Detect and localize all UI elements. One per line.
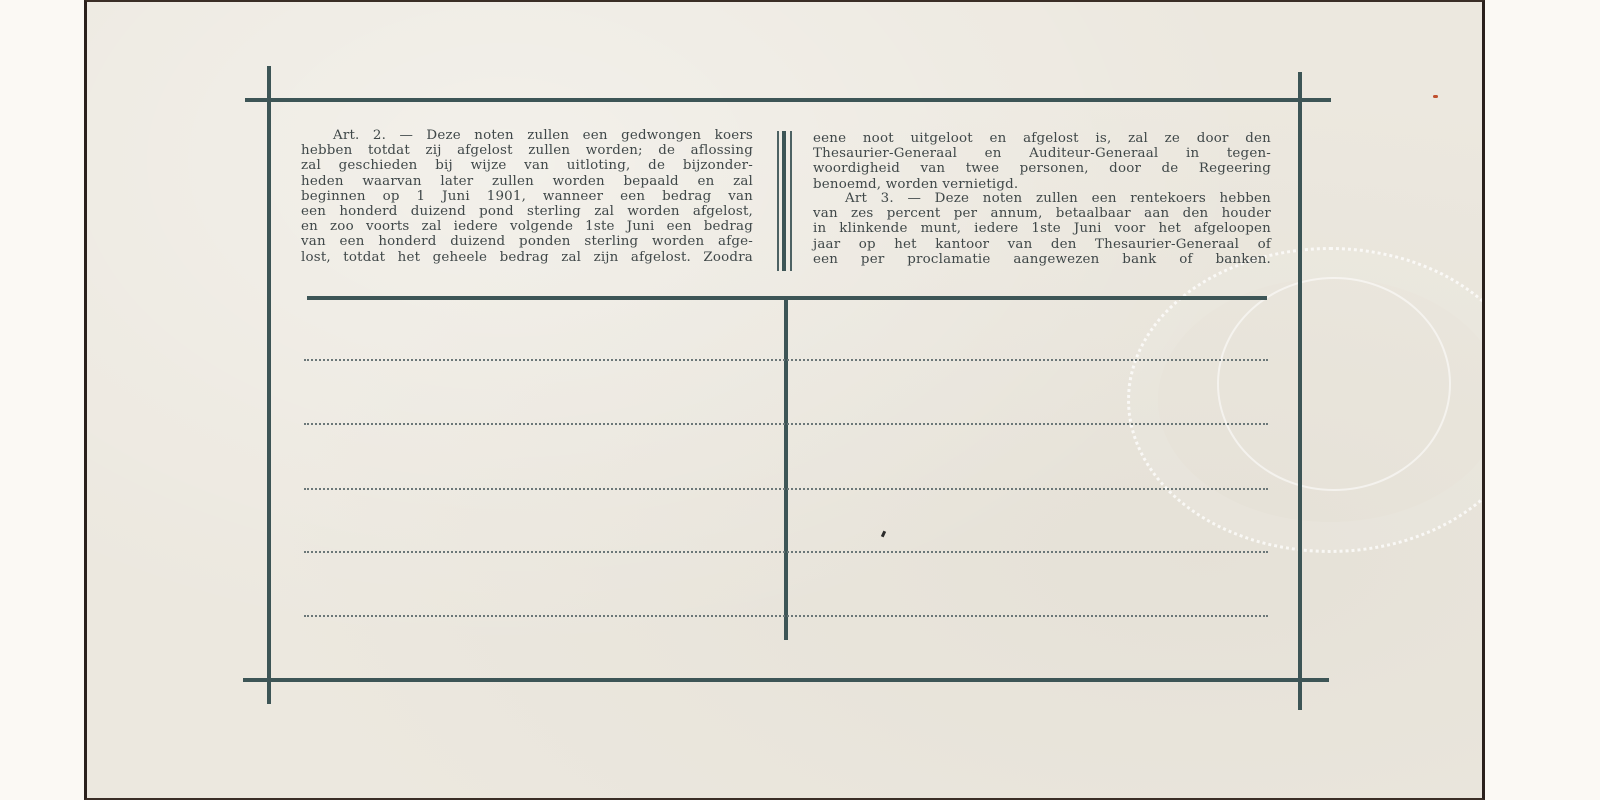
article-2-cont-line: Thesaurier-Generaal en Auditeur-Generaal…: [813, 146, 1271, 161]
article-3-line: een per proclamatie aangewezen bank of b…: [813, 252, 1271, 267]
article-2-line: een honderd duizend pond sterling zal wo…: [301, 204, 753, 219]
endorsement-line-1: [304, 359, 1268, 361]
column-divider-left-thin: [777, 131, 779, 271]
endorsement-line-4: [304, 551, 1268, 553]
article-2-line: lost, totdat het geheele bedrag zal zijn…: [301, 250, 753, 265]
article-2-line: heden waarvan later zullen worden bepaal…: [301, 174, 753, 189]
endorsement-line-5: [304, 615, 1268, 617]
article-3-line: jaar op het kantoor van den Thesaurier-G…: [813, 237, 1271, 252]
article-2-line: van een honderd duizend ponden sterling …: [301, 234, 753, 249]
frame-top-line: [245, 98, 1331, 102]
article-3-line: in klinkende munt, iedere 1ste Juni voor…: [813, 221, 1271, 236]
frame-bottom-line: [243, 678, 1329, 682]
article-2-text: Art. 2. — Deze noten zullen een gedwonge…: [301, 128, 753, 265]
endorsement-center-divider: [784, 300, 788, 640]
column-divider-center-thick: [782, 131, 786, 271]
endorsement-line-2: [304, 423, 1268, 425]
frame-right-line: [1298, 72, 1302, 710]
frame-left-line: [267, 66, 271, 704]
article-2-cont-line: woordigheid van twee personen, door de R…: [813, 161, 1271, 176]
article-2-line: en zoo voorts zal iedere volgende 1ste J…: [301, 219, 753, 234]
article-2-line: beginnen op 1 Juni 1901, wanneer een bed…: [301, 189, 753, 204]
article-3-line: van zes percent per annum, betaalbaar aa…: [813, 206, 1271, 221]
article-3-line: Art 3. — Deze noten zullen een rentekoer…: [813, 191, 1271, 206]
embossed-seal-inner: [1217, 277, 1451, 491]
article-2-line: hebben totdat zij afgelost zullen worden…: [301, 143, 753, 158]
endorsement-line-3: [304, 488, 1268, 490]
article-2-continued-text: eene noot uitgeloot en afgelost is, zal …: [813, 131, 1271, 192]
column-divider-right-thin: [790, 131, 792, 271]
article-2-cont-line: benoemd, worden vernietigd.: [813, 177, 1271, 192]
scan-canvas: Art. 2. — Deze noten zullen een gedwonge…: [0, 0, 1600, 800]
article-3-text: Art 3. — Deze noten zullen een rentekoer…: [813, 191, 1271, 267]
article-2-line: zal geschieden bij wijze van uitloting, …: [301, 158, 753, 173]
red-speck: [1433, 95, 1438, 98]
article-2-cont-line: eene noot uitgeloot en afgelost is, zal …: [813, 131, 1271, 146]
article-2-line: Art. 2. — Deze noten zullen een gedwonge…: [301, 128, 753, 143]
